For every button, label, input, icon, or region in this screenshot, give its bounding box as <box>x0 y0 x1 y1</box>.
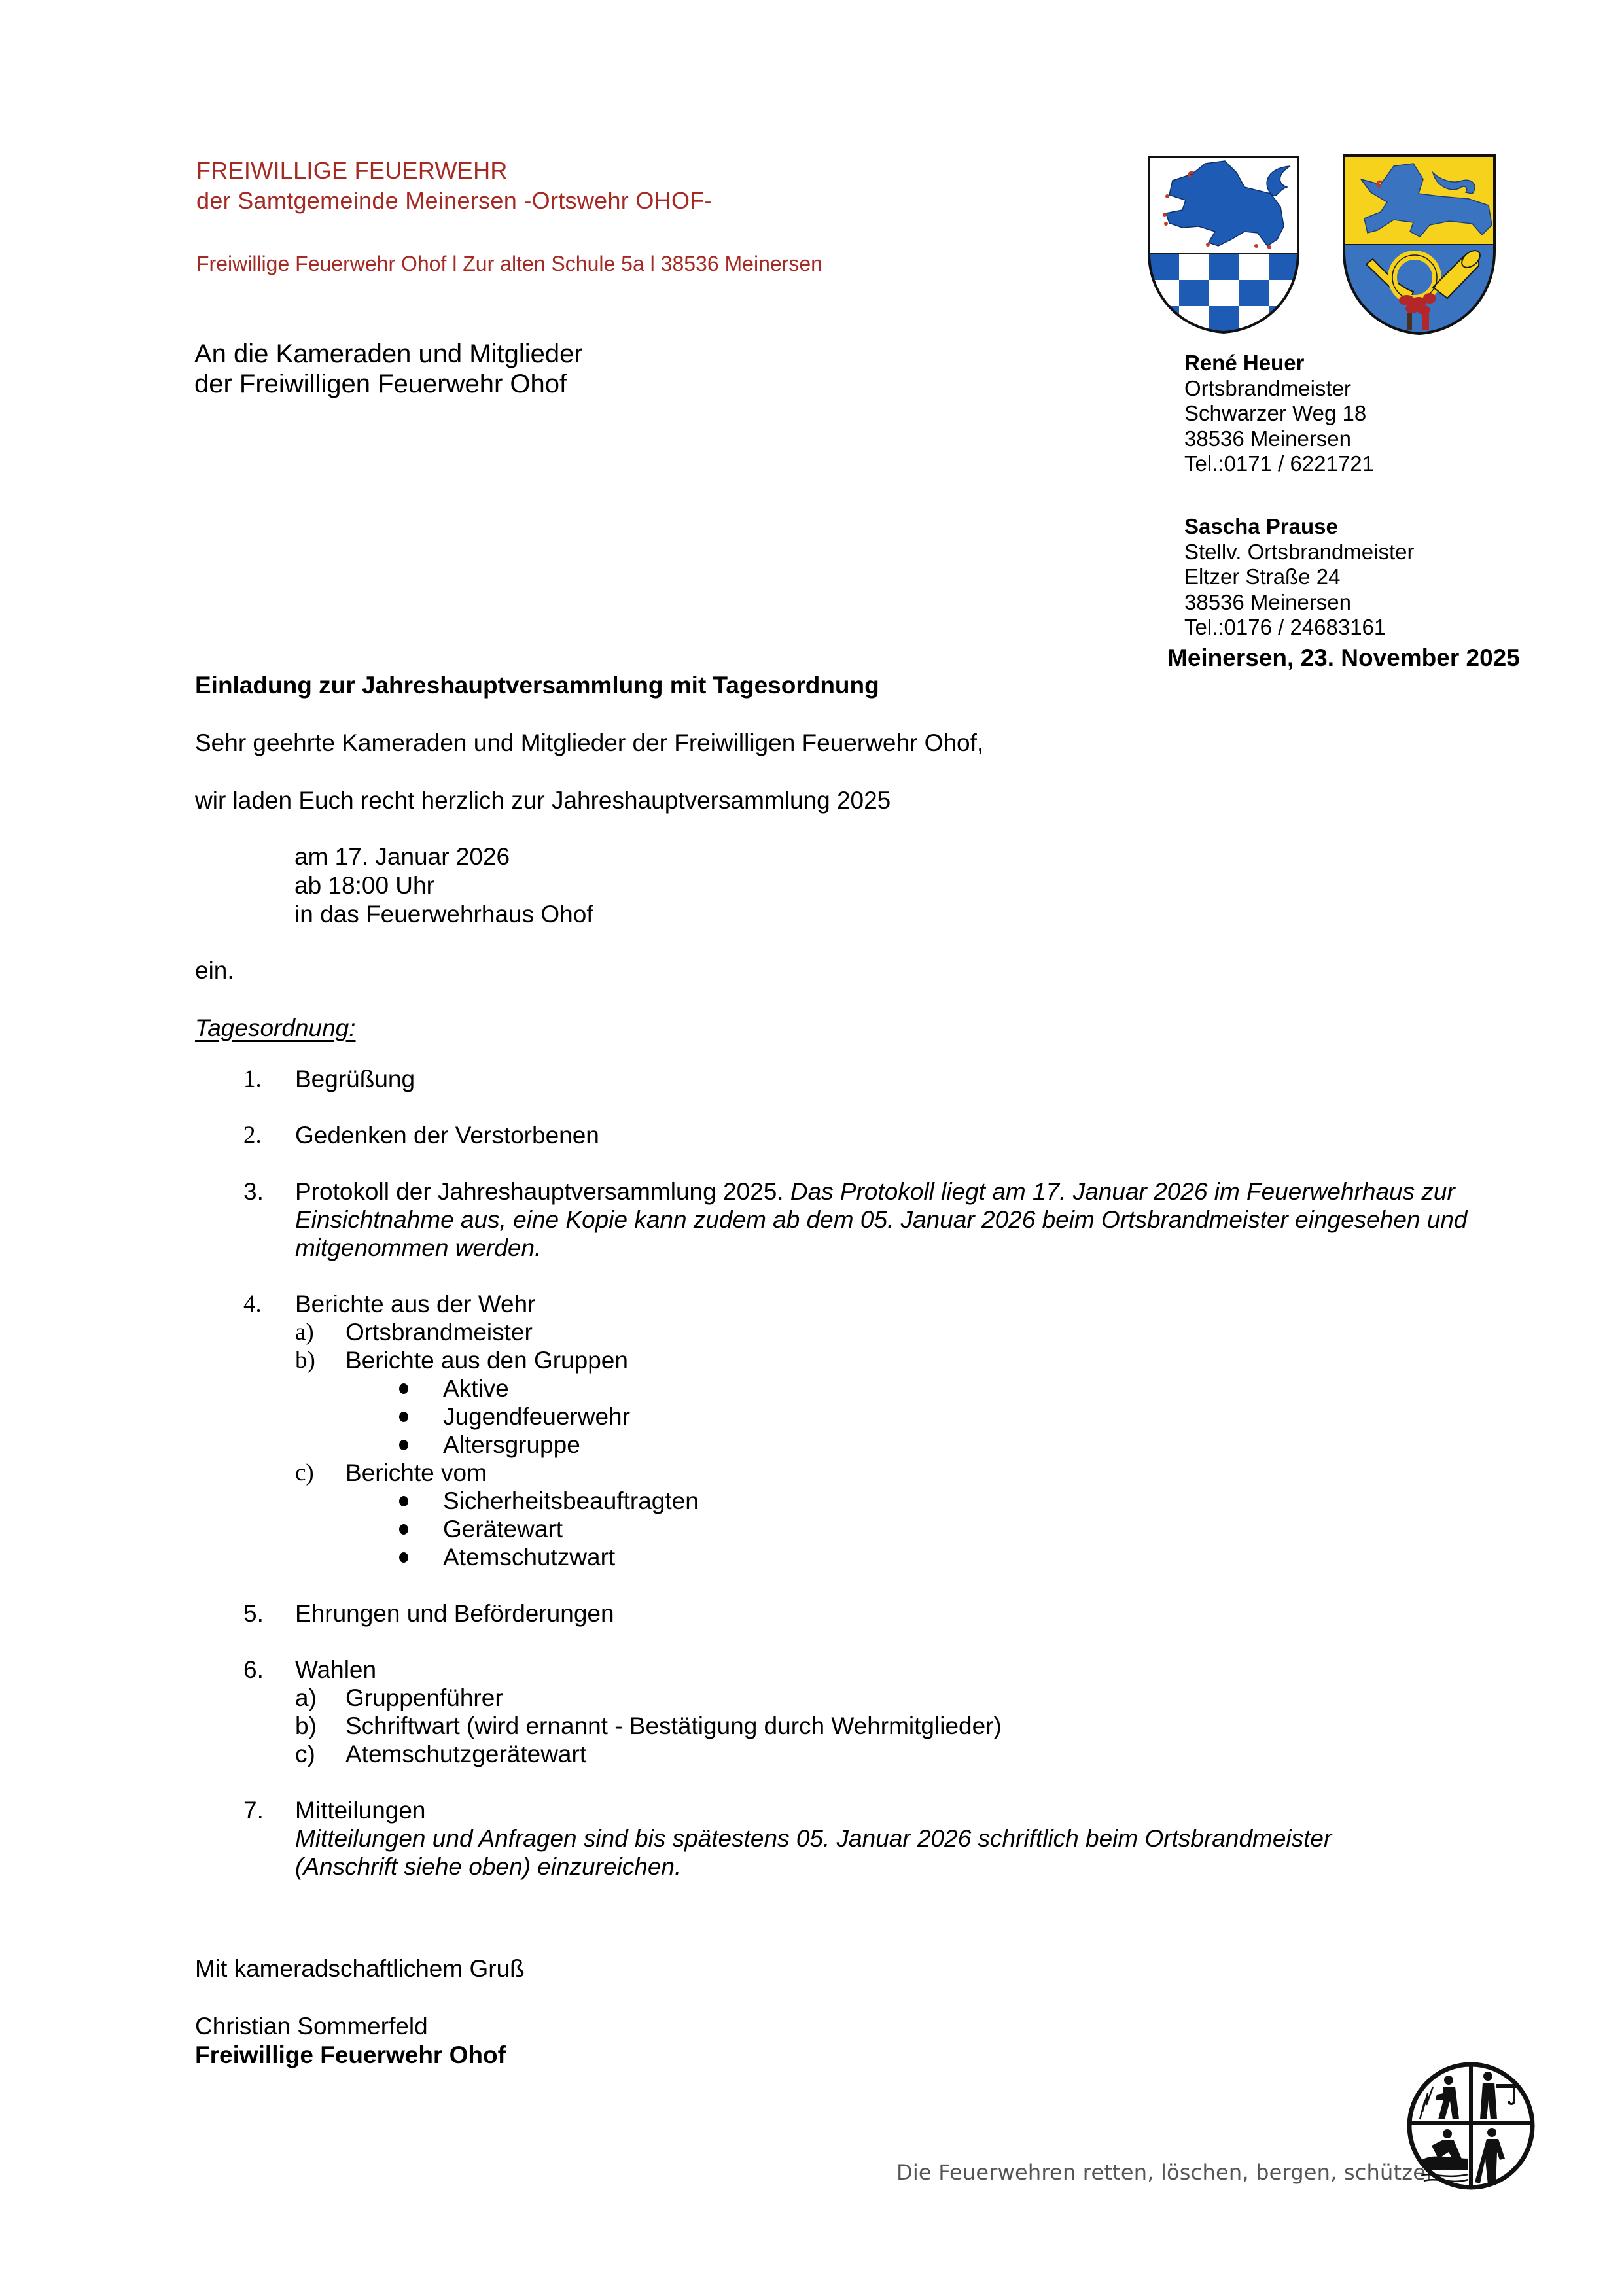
agenda-text: Gedenken der Verstorbenen <box>295 1122 599 1149</box>
contact-ortsbrandmeister: René Heuer Ortsbrandmeister Schwarzer We… <box>1184 351 1374 477</box>
agenda-number: 1. <box>243 1065 262 1093</box>
bullet-icon <box>399 1440 408 1450</box>
subitem-letter: a) <box>295 1318 314 1346</box>
agenda-note: mitgenommen werden. <box>295 1234 1552 1262</box>
org-name-line1: FREIWILLIGE FEUERWEHR <box>196 156 508 186</box>
event-date: am 17. Januar 2026 <box>294 843 510 871</box>
subitem-text: Atemschutzgerätewart <box>345 1741 586 1767</box>
contact-street: Schwarzer Weg 18 <box>1184 401 1374 426</box>
bullet-icon <box>399 1496 408 1506</box>
subitem-letter: c) <box>295 1459 314 1487</box>
agenda-text: Wahlen <box>295 1656 376 1683</box>
agenda-subitem: a) Gruppenführer <box>243 1684 1552 1712</box>
letter-date: Meinersen, 23. November 2025 <box>1167 644 1520 672</box>
agenda-subitem: a) Ortsbrandmeister <box>243 1318 1552 1346</box>
agenda-text: Begrüßung <box>295 1066 415 1092</box>
subitem-letter: c) <box>295 1740 315 1768</box>
subitem-letter: b) <box>295 1712 317 1740</box>
agenda-item-6: 6. Wahlen <box>243 1656 1552 1684</box>
footer-tagline: Die Feuerwehren retten, löschen, bergen,… <box>896 2160 1446 2185</box>
contact-role: Ortsbrandmeister <box>1184 376 1374 402</box>
agenda-item-4: 4. Berichte aus der Wehr <box>243 1290 1552 1318</box>
meinersen-coat-of-arms-icon <box>1146 154 1301 335</box>
agenda-number: 5. <box>243 1599 264 1627</box>
recipient-line1: An die Kameraden und Mitglieder <box>194 339 583 369</box>
bullet-icon <box>399 1552 408 1563</box>
subitem-text: Berichte aus den Gruppen <box>345 1347 628 1374</box>
agenda-subitem: b) Berichte aus den Gruppen <box>243 1346 1552 1374</box>
agenda-number: 6. <box>243 1656 264 1684</box>
contact-name: René Heuer <box>1184 351 1374 376</box>
ohof-coat-of-arms-icon <box>1341 153 1497 336</box>
bullet-icon <box>399 1524 408 1535</box>
firefighter-emblem-icon <box>1405 2061 1536 2191</box>
agenda-note: Mitteilungen und Anfragen sind bis späte… <box>295 1824 1552 1852</box>
agenda-note: Einsichtnahme aus, eine Kopie kann zudem… <box>295 1206 1552 1234</box>
signer-name: Christian Sommerfeld <box>195 2012 428 2041</box>
agenda-number: 7. <box>243 1796 264 1824</box>
contact-city: 38536 Meinersen <box>1184 426 1374 452</box>
agenda-text: Protokoll der Jahreshauptversammlung 202… <box>295 1178 784 1205</box>
agenda-bullet: Aktive <box>243 1374 1552 1402</box>
bullet-text: Aktive <box>443 1375 509 1402</box>
subitem-text: Ortsbrandmeister <box>345 1319 533 1346</box>
sender-address: Freiwillige Feuerwehr Ohof l Zur alten S… <box>196 251 822 277</box>
agenda-bullet: Altersgruppe <box>243 1431 1552 1459</box>
signer-organization: Freiwillige Feuerwehr Ohof <box>195 2041 506 2070</box>
bullet-icon <box>399 1383 408 1394</box>
letter-intro: wir laden Euch recht herzlich zur Jahres… <box>195 786 891 815</box>
agenda-number: 2. <box>243 1121 262 1149</box>
subitem-letter: a) <box>295 1684 317 1712</box>
contact-phone: Tel.:0176 / 24683161 <box>1184 615 1415 640</box>
bullet-text: Gerätewart <box>443 1516 563 1542</box>
closing-greeting: Mit kameradschaftlichem Gruß <box>195 1955 525 1983</box>
agenda-item-2: 2. Gedenken der Verstorbenen <box>243 1121 1552 1149</box>
contact-street: Eltzer Straße 24 <box>1184 565 1415 590</box>
agenda-item-3: 3. Protokoll der Jahreshauptversammlung … <box>243 1177 1552 1262</box>
agenda-heading: Tagesordnung: <box>195 1014 356 1043</box>
contact-name: Sascha Prause <box>1184 514 1415 540</box>
letter-intro-end: ein. <box>195 956 234 985</box>
agenda-subitem: c) Berichte vom <box>243 1459 1552 1487</box>
bullet-text: Atemschutzwart <box>443 1544 615 1571</box>
agenda-text: Berichte aus der Wehr <box>295 1291 535 1317</box>
event-place: in das Feuerwehrhaus Ohof <box>294 900 593 929</box>
agenda-subitem: b) Schriftwart (wird ernannt - Bestätigu… <box>243 1712 1552 1740</box>
agenda-subitem: c) Atemschutzgerätewart <box>243 1740 1552 1768</box>
org-name-line2: der Samtgemeinde Meinersen -Ortswehr OHO… <box>196 186 713 216</box>
subitem-text: Berichte vom <box>345 1459 487 1486</box>
agenda-bullet: Gerätewart <box>243 1515 1552 1543</box>
letter-salutation: Sehr geehrte Kameraden und Mitglieder de… <box>195 729 983 757</box>
letter-subject: Einladung zur Jahreshauptversammlung mit… <box>195 671 879 700</box>
recipient-line2: der Freiwilligen Feuerwehr Ohof <box>194 369 567 399</box>
agenda-item-1: 1. Begrüßung <box>243 1065 1552 1093</box>
agenda-bullet: Atemschutzwart <box>243 1543 1552 1571</box>
agenda-note: Das Protokoll liegt am 17. Januar 2026 i… <box>790 1178 1455 1205</box>
contact-phone: Tel.:0171 / 6221721 <box>1184 451 1374 477</box>
subitem-text: Schriftwart (wird ernannt - Bestätigung … <box>345 1713 1002 1739</box>
contact-stellv-ortsbrandmeister: Sascha Prause Stellv. Ortsbrandmeister E… <box>1184 514 1415 640</box>
agenda-number: 4. <box>243 1290 262 1318</box>
agenda-number: 3. <box>243 1177 264 1206</box>
contact-role: Stellv. Ortsbrandmeister <box>1184 540 1415 565</box>
agenda-item-5: 5. Ehrungen und Beförderungen <box>243 1599 1552 1627</box>
agenda-text: Mitteilungen <box>295 1796 1552 1824</box>
bullet-icon <box>399 1412 408 1422</box>
subitem-text: Gruppenführer <box>345 1684 503 1711</box>
agenda-note: (Anschrift siehe oben) einzureichen. <box>295 1852 1552 1881</box>
agenda-item-7: 7. Mitteilungen Mitteilungen und Anfrage… <box>243 1796 1552 1881</box>
bullet-text: Altersgruppe <box>443 1431 580 1458</box>
agenda-bullet: Sicherheitsbeauftragten <box>243 1487 1552 1515</box>
contact-city: 38536 Meinersen <box>1184 590 1415 616</box>
subitem-letter: b) <box>295 1346 315 1374</box>
agenda-list: 1. Begrüßung 2. Gedenken der Verstorbene… <box>243 1065 1552 1881</box>
event-time: ab 18:00 Uhr <box>294 871 434 900</box>
bullet-text: Jugendfeuerwehr <box>443 1403 630 1430</box>
agenda-bullet: Jugendfeuerwehr <box>243 1402 1552 1431</box>
agenda-text: Ehrungen und Beförderungen <box>295 1600 614 1627</box>
bullet-text: Sicherheitsbeauftragten <box>443 1487 699 1514</box>
